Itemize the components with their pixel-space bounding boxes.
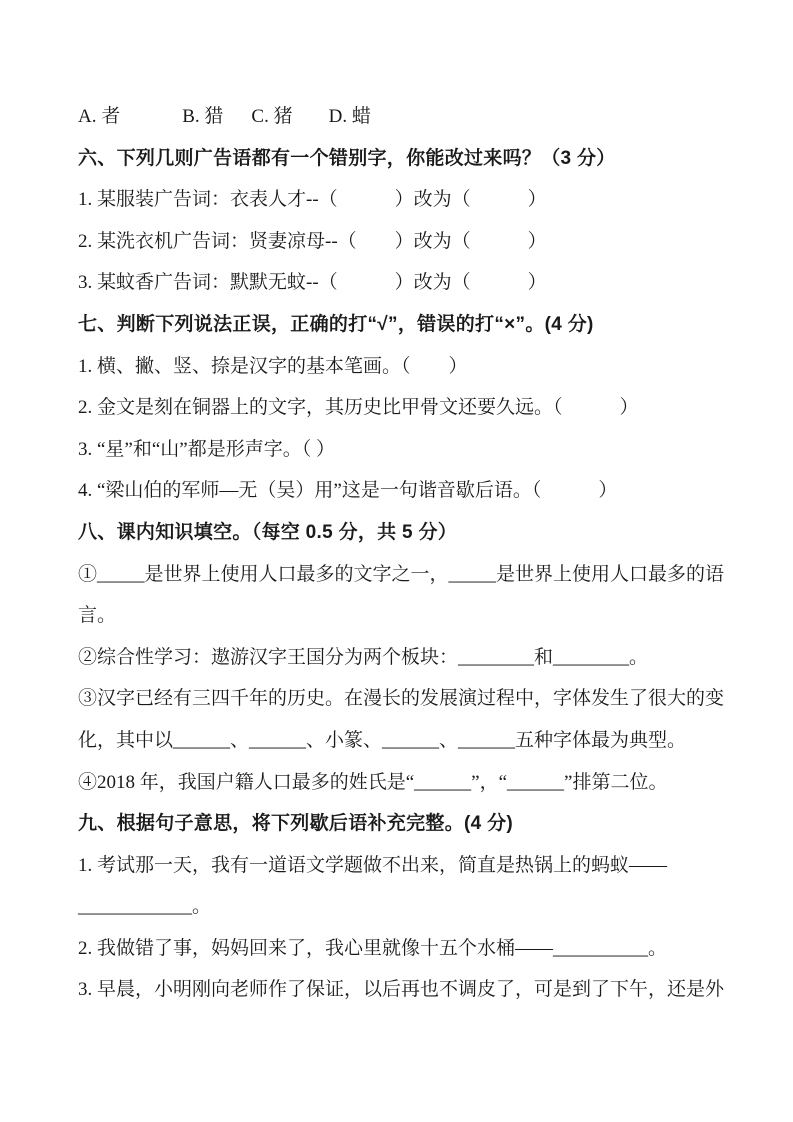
section8-line-3: ②综合性学习：遨游汉字王国分为两个板块：________和________。 [78,637,723,679]
q5-option-d: D. 蜡 [329,96,371,138]
section8-line-5: 化，其中以______、______、小篆、______、______五种字体最… [78,720,723,762]
section6-item-1: 1. 某服装广告词：衣表人才--（ ）改为（ ） [78,179,723,221]
section7-item-2: 2. 金文是刻在铜器上的文字，其历史比甲骨文还要久远。（ ） [78,387,723,429]
section7-heading: 七、判断下列说法正误，正确的打“√”，错误的打“×”。(4 分) [78,304,723,346]
section8-line-2: 言。 [78,595,723,637]
section6-item-2: 2. 某洗衣机广告词：贤妻凉母--（ ）改为（ ） [78,221,723,263]
section9-line-4: 3. 早晨，小明刚向老师作了保证，以后再也不调皮了，可是到了下午，还是外 [78,969,723,1011]
section9-line-2: ____________。 [78,886,723,928]
q5-option-c: C. 猪 [251,96,292,138]
section9-heading: 九、根据句子意思，将下列歇后语补充完整。(4 分) [78,803,723,845]
section7-item-4: 4. “梁山伯的军师—无（吴）用”这是一句谐音歇后语。（ ） [78,470,723,512]
section8-line-4: ③汉字已经有三四千年的历史。在漫长的发展演过程中，字体发生了很大的变 [78,678,723,720]
section7-item-3: 3. “星”和“山”都是形声字。（ ） [78,429,723,471]
section8-heading: 八、课内知识填空。（每空 0.5 分，共 5 分） [78,512,723,554]
q5-option-b: B. 猎 [182,96,223,138]
q5-option-a: A. 者 [78,96,120,138]
exam-paper-page: A. 者 B. 猎 C. 猪 D. 蜡 六、下列几则广告语都有一个错别字，你能改… [0,0,793,1122]
q5-options-row: A. 者 B. 猎 C. 猪 D. 蜡 [78,96,723,138]
section7-item-1: 1. 横、撇、竖、捺是汉字的基本笔画。（ ） [78,346,723,388]
section9-line-3: 2. 我做错了事，妈妈回来了，我心里就像十五个水桶——__________。 [78,928,723,970]
section9-line-1: 1. 考试那一天，我有一道语文学题做不出来，简直是热锅上的蚂蚁—— [78,845,723,887]
section6-item-3: 3. 某蚊香广告词：默默无蚊--（ ）改为（ ） [78,262,723,304]
section6-heading: 六、下列几则广告语都有一个错别字，你能改过来吗？（3 分） [78,138,723,180]
section8-line-6: ④2018 年，我国户籍人口最多的姓氏是“______”，“______”排第二… [78,762,723,804]
section8-line-1: ①_____是世界上使用人口最多的文字之一，_____是世界上使用人口最多的语 [78,554,723,596]
